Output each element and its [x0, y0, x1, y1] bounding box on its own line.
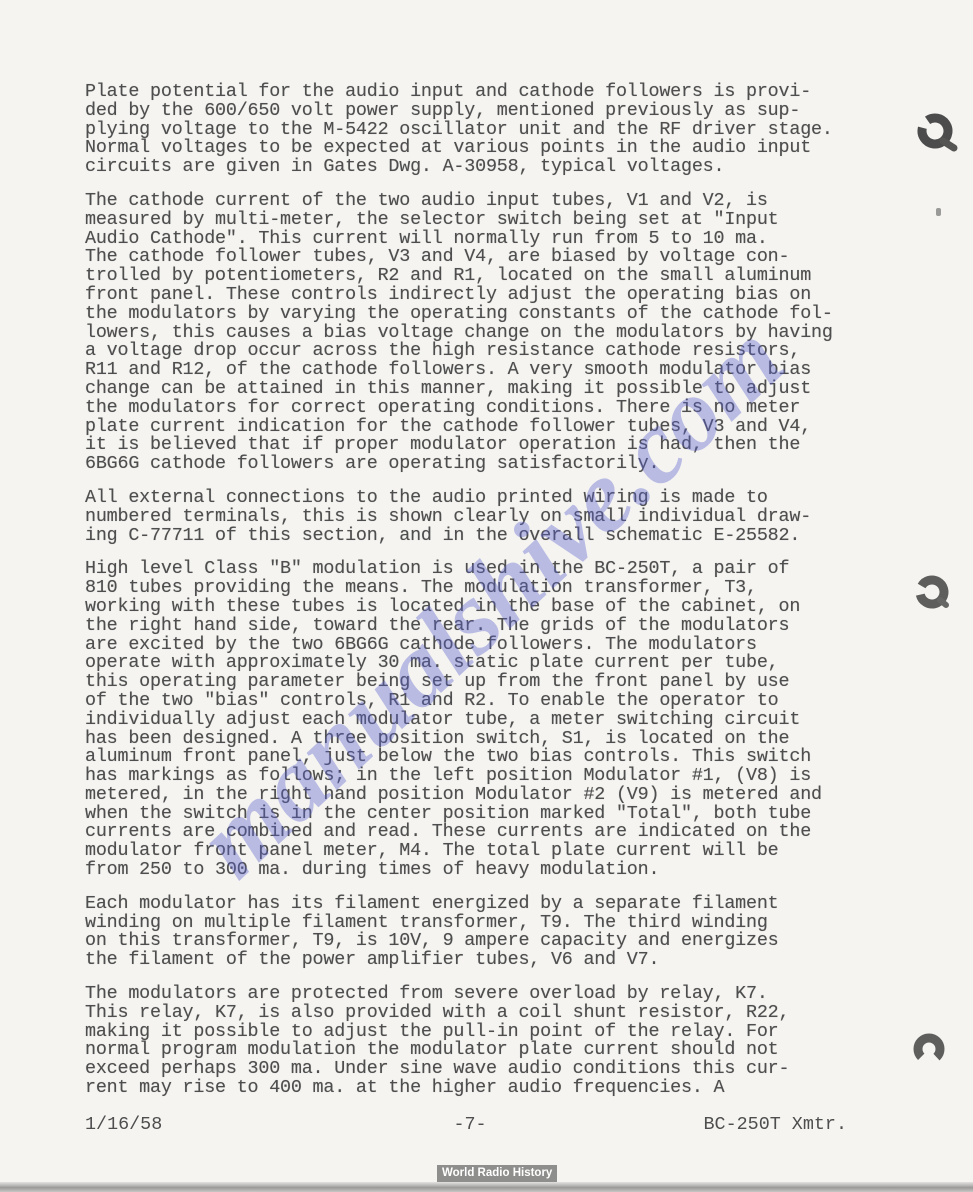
ring-stain-icon — [910, 1030, 950, 1077]
page-body-text: Plate potential for the audio input and … — [85, 83, 860, 1113]
paragraph-filament-winding: Each modulator has its filament energize… — [85, 895, 860, 970]
paragraph-plate-potential: Plate potential for the audio input and … — [85, 83, 860, 177]
ring-stain-icon — [912, 572, 954, 621]
paragraph-cathode-current: The cathode current of the two audio inp… — [85, 192, 860, 474]
scanned-manual-page: Plate potential for the audio input and … — [0, 0, 973, 1192]
footer-doc-ref: BC-250T Xmtr. — [704, 1115, 847, 1135]
paragraph-overload-relay: The modulators are protected from severe… — [85, 985, 860, 1098]
paragraph-external-connections: All external connections to the audio pr… — [85, 489, 860, 545]
scan-edge-bar — [0, 1182, 973, 1192]
world-radio-history-badge: World Radio History — [437, 1165, 557, 1182]
scan-speck — [936, 208, 941, 216]
ring-stain-icon — [914, 110, 960, 165]
paragraph-class-b-modulation: High level Class "B" modulation is used … — [85, 560, 860, 880]
